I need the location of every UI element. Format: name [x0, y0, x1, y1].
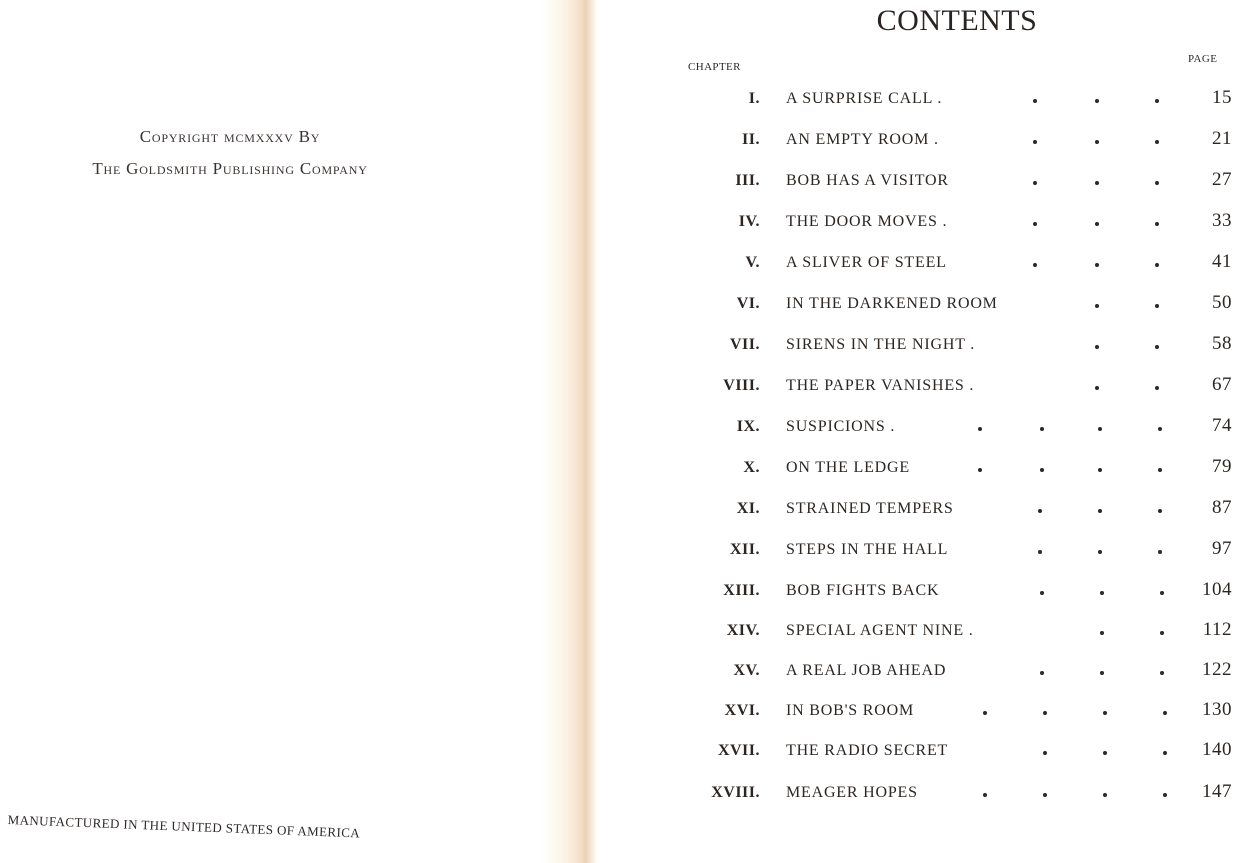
leader-dot — [1038, 550, 1042, 554]
chapter-page-number: 112 — [1180, 619, 1232, 641]
leader-dots — [680, 418, 1235, 438]
chapter-page-number: 58 — [1180, 333, 1232, 355]
leader-dot — [1163, 793, 1167, 797]
leader-dot — [1033, 181, 1037, 185]
toc-entry: VII.SIRENS IN THE NIGHT .58 — [680, 336, 1235, 366]
leader-dot — [1040, 468, 1044, 472]
leader-dot — [1155, 386, 1159, 390]
chapter-page-number: 79 — [1180, 456, 1232, 478]
leader-dot — [1033, 140, 1037, 144]
chapter-page-number: 97 — [1180, 538, 1232, 560]
leader-dot — [1040, 591, 1044, 595]
leader-dot — [1038, 509, 1042, 513]
leader-dots — [680, 582, 1235, 602]
leader-dot — [1033, 99, 1037, 103]
leader-dots — [680, 459, 1235, 479]
leader-dot — [1160, 671, 1164, 675]
leader-dot — [1158, 427, 1162, 431]
leader-dot — [1155, 222, 1159, 226]
chapter-page-number: 147 — [1180, 781, 1232, 803]
toc-entry: IV.THE DOOR MOVES .33 — [680, 213, 1235, 243]
toc-entry: I.A SURPRISE CALL .15 — [680, 90, 1235, 120]
copyright-line: Copyright mcmxxxv By — [0, 127, 460, 147]
book-gutter — [585, 0, 597, 863]
chapter-page-number: 130 — [1180, 699, 1232, 721]
leader-dot — [1095, 263, 1099, 267]
leader-dot — [1095, 345, 1099, 349]
toc-entry: IX.SUSPICIONS .74 — [680, 418, 1235, 448]
toc-entry: XVII.THE RADIO SECRET140 — [680, 742, 1235, 772]
chapter-page-number: 15 — [1180, 87, 1232, 109]
toc-entry: XIV.SPECIAL AGENT NINE .112 — [680, 622, 1235, 652]
leader-dots — [680, 377, 1235, 397]
leader-dots — [680, 500, 1235, 520]
leader-dot — [1158, 509, 1162, 513]
leader-dot — [1095, 222, 1099, 226]
leader-dot — [978, 427, 982, 431]
toc-entry: VI.IN THE DARKENED ROOM50 — [680, 295, 1235, 325]
leader-dot — [1095, 304, 1099, 308]
leader-dot — [1095, 181, 1099, 185]
toc-entry: X.ON THE LEDGE79 — [680, 459, 1235, 489]
toc-entry: XVI.IN BOB'S ROOM130 — [680, 702, 1235, 732]
chapter-column-header: CHAPTER — [688, 61, 741, 73]
leader-dots — [680, 702, 1235, 722]
leader-dots — [680, 90, 1235, 110]
leader-dot — [1095, 140, 1099, 144]
leader-dot — [1095, 99, 1099, 103]
chapter-page-number: 104 — [1180, 579, 1232, 601]
leader-dot — [1095, 386, 1099, 390]
publisher-line: The Goldsmith Publishing Company — [0, 159, 460, 179]
leader-dot — [1033, 263, 1037, 267]
leader-dot — [1040, 671, 1044, 675]
chapter-page-number: 33 — [1180, 210, 1232, 232]
leader-dot — [1098, 509, 1102, 513]
leader-dot — [1100, 631, 1104, 635]
leader-dot — [1155, 99, 1159, 103]
leader-dot — [1033, 222, 1037, 226]
chapter-page-number: 27 — [1180, 169, 1232, 191]
toc-entry: VIII.THE PAPER VANISHES .67 — [680, 377, 1235, 407]
leader-dot — [1155, 181, 1159, 185]
leader-dot — [1155, 304, 1159, 308]
leader-dot — [1103, 793, 1107, 797]
leader-dots — [680, 742, 1235, 762]
toc-entry: XVIII.MEAGER HOPES147 — [680, 784, 1235, 814]
chapter-page-number: 21 — [1180, 128, 1232, 150]
leader-dots — [680, 662, 1235, 682]
leader-dot — [1043, 711, 1047, 715]
toc-entry: XI.STRAINED TEMPERS87 — [680, 500, 1235, 530]
leader-dots — [680, 336, 1235, 356]
leader-dot — [1040, 427, 1044, 431]
chapter-page-number: 122 — [1180, 659, 1232, 681]
leader-dots — [680, 213, 1235, 233]
leader-dots — [680, 295, 1235, 315]
leader-dot — [1160, 591, 1164, 595]
leader-dot — [1163, 751, 1167, 755]
leader-dots — [680, 541, 1235, 561]
chapter-page-number: 140 — [1180, 739, 1232, 761]
leader-dot — [1043, 751, 1047, 755]
chapter-page-number: 74 — [1180, 415, 1232, 437]
chapter-page-number: 67 — [1180, 374, 1232, 396]
leader-dot — [1098, 550, 1102, 554]
chapter-page-number: 41 — [1180, 251, 1232, 273]
toc-entry: III.BOB HAS A VISITOR27 — [680, 172, 1235, 202]
leader-dot — [1043, 793, 1047, 797]
leader-dot — [1155, 263, 1159, 267]
toc-entry: V.A SLIVER OF STEEL41 — [680, 254, 1235, 284]
toc-entry: XII.STEPS IN THE HALL97 — [680, 541, 1235, 571]
leader-dots — [680, 622, 1235, 642]
leader-dot — [983, 711, 987, 715]
leader-dot — [1163, 711, 1167, 715]
chapter-page-number: 50 — [1180, 292, 1232, 314]
leader-dot — [1158, 468, 1162, 472]
toc-entry: II.AN EMPTY ROOM .21 — [680, 131, 1235, 161]
leader-dot — [1155, 140, 1159, 144]
leader-dot — [1098, 427, 1102, 431]
toc-entry: XIII.BOB FIGHTS BACK104 — [680, 582, 1235, 612]
leader-dot — [1103, 751, 1107, 755]
leader-dot — [983, 793, 987, 797]
leader-dots — [680, 254, 1235, 274]
leader-dot — [1158, 550, 1162, 554]
contents-title: CONTENTS — [862, 4, 1052, 38]
leader-dots — [680, 784, 1235, 804]
leader-dot — [1160, 631, 1164, 635]
leader-dots — [680, 131, 1235, 151]
page-column-header: PAGE — [1188, 53, 1217, 65]
leader-dot — [1100, 671, 1104, 675]
leader-dots — [680, 172, 1235, 192]
leader-dot — [1103, 711, 1107, 715]
leader-dot — [1098, 468, 1102, 472]
leader-dot — [978, 468, 982, 472]
leader-dot — [1155, 345, 1159, 349]
chapter-page-number: 87 — [1180, 497, 1232, 519]
leader-dot — [1100, 591, 1104, 595]
book-spread: Copyright mcmxxxv By The Goldsmith Publi… — [0, 0, 1241, 863]
toc-entry: XV.A REAL JOB AHEAD122 — [680, 662, 1235, 692]
